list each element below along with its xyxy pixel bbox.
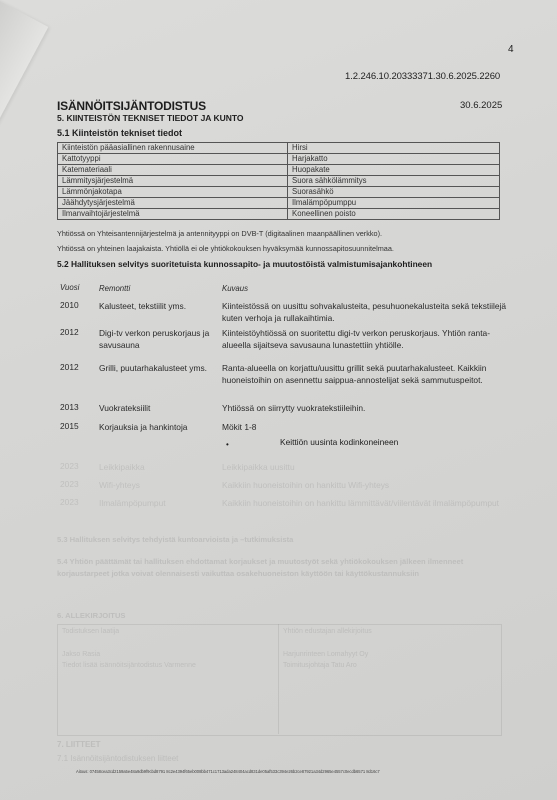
table-row: LämmitysjärjestelmäSuora sähkölämmitys bbox=[58, 176, 500, 187]
table-row: LämmönjakotapaSuorasähkö bbox=[58, 187, 500, 198]
row-label: Kattotyyppi bbox=[58, 154, 288, 165]
table-row: JäähdytysjärjestelmäIlmalämpöpumppu bbox=[58, 198, 500, 209]
row-value: Suora sähkölämmitys bbox=[288, 176, 500, 187]
repair-year: 2013 bbox=[60, 402, 100, 412]
row-label: Katemateriaali bbox=[58, 165, 288, 176]
ghost-section-5-4: 5.4 Yhtiön päättämät tai hallituksen ehd… bbox=[57, 556, 497, 580]
bullet-item: Keittiön uusinta kodinkoneineen bbox=[280, 437, 398, 447]
repair-name: Digi-tv verkon peruskorjaus ja savusauna bbox=[99, 327, 219, 351]
document-id: 1.2.246.10.20333371.30.6.2025.2260 bbox=[345, 71, 500, 82]
row-value: Huopakate bbox=[288, 165, 500, 176]
table-row: IlmanvaihtojärjestelmäKoneellinen poisto bbox=[58, 209, 500, 220]
repair-year: 2012 bbox=[60, 362, 100, 372]
repair-year: 2015 bbox=[60, 421, 100, 431]
ghost-repair: Leikkipaikka bbox=[99, 461, 219, 473]
ghost-section-7-1: 7.1 Isännöitsijäntodistuksen liitteet bbox=[57, 754, 178, 763]
row-label: Jäähdytysjärjestelmä bbox=[58, 198, 288, 209]
broadband-note: Yhtiössä on yhteinen laajakaista. Yhtiöl… bbox=[57, 244, 394, 253]
row-value: Ilmalämpöpumppu bbox=[288, 198, 500, 209]
row-label: Lämmitysjärjestelmä bbox=[58, 176, 288, 187]
table-row: KattotyyppiHarjakatto bbox=[58, 154, 500, 165]
ghost-description: Kaikkiin huoneistoihin on hankittu lämmi… bbox=[222, 497, 512, 509]
table-row: Kiinteistön pääasiallinen rakennusaineHi… bbox=[58, 143, 500, 154]
ghost-sign-left-name: Jakso Rasia bbox=[62, 651, 100, 658]
ghost-section-6: 6. ALLEKIRJOITUS bbox=[57, 611, 126, 620]
ghost-year: 2023 bbox=[60, 461, 100, 471]
ghost-repair: Ilmalämpöpumput bbox=[99, 497, 219, 509]
column-header-repair: Remontti bbox=[99, 283, 219, 295]
antenna-note: Yhtiössä on Yhteisantennijärjestelmä ja … bbox=[57, 229, 382, 238]
repair-name: Vuokrateksiilit bbox=[99, 402, 219, 414]
section-5-heading: 5. KIINTEISTÖN TEKNISET TIEDOT JA KUNTO bbox=[57, 113, 244, 123]
section-5-1-heading: 5.1 Kiinteistön tekniset tiedot bbox=[57, 128, 182, 138]
row-label: Lämmönjakotapa bbox=[58, 187, 288, 198]
repair-description: Mökit 1-8 bbox=[222, 421, 512, 433]
repair-description: Ranta-alueella on korjattu/uusittu grill… bbox=[222, 362, 512, 386]
bullet-icon: • bbox=[226, 440, 229, 449]
ghost-sign-left-label: Todistuksen laatija bbox=[62, 628, 119, 635]
ghost-sign-right-label: Yhtiön edustajan allekirjoitus bbox=[283, 628, 372, 635]
ghost-signature-divider bbox=[278, 624, 279, 734]
row-value: Koneellinen poisto bbox=[288, 209, 500, 220]
document-date: 30.6.2025 bbox=[460, 100, 502, 111]
repair-description: Kiinteistössä on uusittu sohvakalusteita… bbox=[222, 300, 512, 324]
ghost-description: Kaikkiin huoneistoihin on hankittu Wifi-… bbox=[222, 479, 512, 491]
authenticity-hash: Aitous: 07458cea3cd2159a5e48a9db9f9cbd87… bbox=[76, 769, 380, 774]
row-value: Harjakatto bbox=[288, 154, 500, 165]
document-title: ISÄNNÖITSIJÄNTODISTUS bbox=[57, 99, 206, 113]
table-row: KatemateriaaliHuopakate bbox=[58, 165, 500, 176]
row-label: Ilmanvaihtojärjestelmä bbox=[58, 209, 288, 220]
ghost-signature-box bbox=[57, 624, 502, 736]
repair-description: Kiinteistöyhtiössä on suoritettu digi-tv… bbox=[222, 327, 512, 351]
column-header-year: Vuosi bbox=[60, 283, 100, 292]
row-value: Hirsi bbox=[288, 143, 500, 154]
repair-year: 2012 bbox=[60, 327, 100, 337]
column-header-description: Kuvaus bbox=[222, 283, 512, 295]
section-5-2-heading: 5.2 Hallituksen selvitys suoritetuista k… bbox=[57, 259, 432, 269]
repair-year: 2010 bbox=[60, 300, 100, 310]
row-label: Kiinteistön pääasiallinen rakennusaine bbox=[58, 143, 288, 154]
ghost-year: 2023 bbox=[60, 497, 100, 507]
ghost-year: 2023 bbox=[60, 479, 100, 489]
ghost-section-5-3: 5.3 Hallituksen selvitys tehdyistä kunto… bbox=[57, 535, 293, 544]
repair-description: Yhtiössä on siirrytty vuokratekstiileihi… bbox=[222, 402, 512, 414]
ghost-section-7: 7. LIITTEET bbox=[57, 740, 101, 749]
ghost-sign-left-title: Tiedot lisää isännöitsijäntodistus Varme… bbox=[62, 662, 196, 669]
ghost-sign-right-title: Toimitusjohtaja Tatu Aro bbox=[283, 662, 357, 669]
repair-name: Korjauksia ja hankintoja bbox=[99, 421, 219, 433]
repair-name: Kalusteet, tekstiilit yms. bbox=[99, 300, 219, 312]
repair-name: Grilli, puutarhakalusteet yms. bbox=[99, 362, 219, 374]
ghost-repair: Wifi-yhteys bbox=[99, 479, 219, 491]
technical-details-table: Kiinteistön pääasiallinen rakennusaineHi… bbox=[57, 142, 500, 220]
ghost-sign-right-name: Harjunrinteen Lomahyyt Oy bbox=[283, 651, 368, 658]
paper-corner-shadow bbox=[0, 0, 48, 257]
row-value: Suorasähkö bbox=[288, 187, 500, 198]
page-number: 4 bbox=[508, 44, 514, 55]
ghost-description: Leikkipaikka uusittu bbox=[222, 461, 512, 473]
